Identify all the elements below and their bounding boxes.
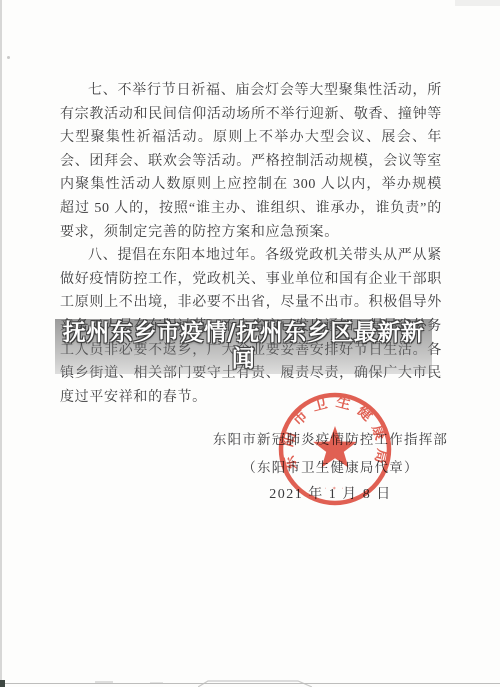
scan-bottom-edge-line [0, 683, 500, 684]
scan-left-edge-line [0, 0, 2, 687]
headline-overlay-banner: 抚州东乡市疫情/抚州东乡区最新新闻 [55, 319, 432, 374]
scan-top-right-smudge [455, 0, 500, 6]
scan-corner-chip [0, 680, 5, 687]
official-seal: 东阳市卫生健康局 · · ∗ · · [265, 379, 405, 519]
star-icon [313, 426, 357, 468]
scanned-document-page: 七、不举行节日祈福、庙会灯会等大型聚集性活动，所有宗教活动和民间信仰活动场所不举… [0, 0, 500, 687]
headline-text: 抚州东乡市疫情/抚州东乡区最新新闻 [60, 320, 428, 374]
seal-serial-marks: · · ∗ · · [317, 486, 353, 492]
scan-speck [7, 56, 10, 59]
paragraph-item-7: 七、不举行节日祈福、庙会灯会等大型聚集性活动，所有宗教活动和民间信仰活动场所不举… [60, 79, 442, 244]
